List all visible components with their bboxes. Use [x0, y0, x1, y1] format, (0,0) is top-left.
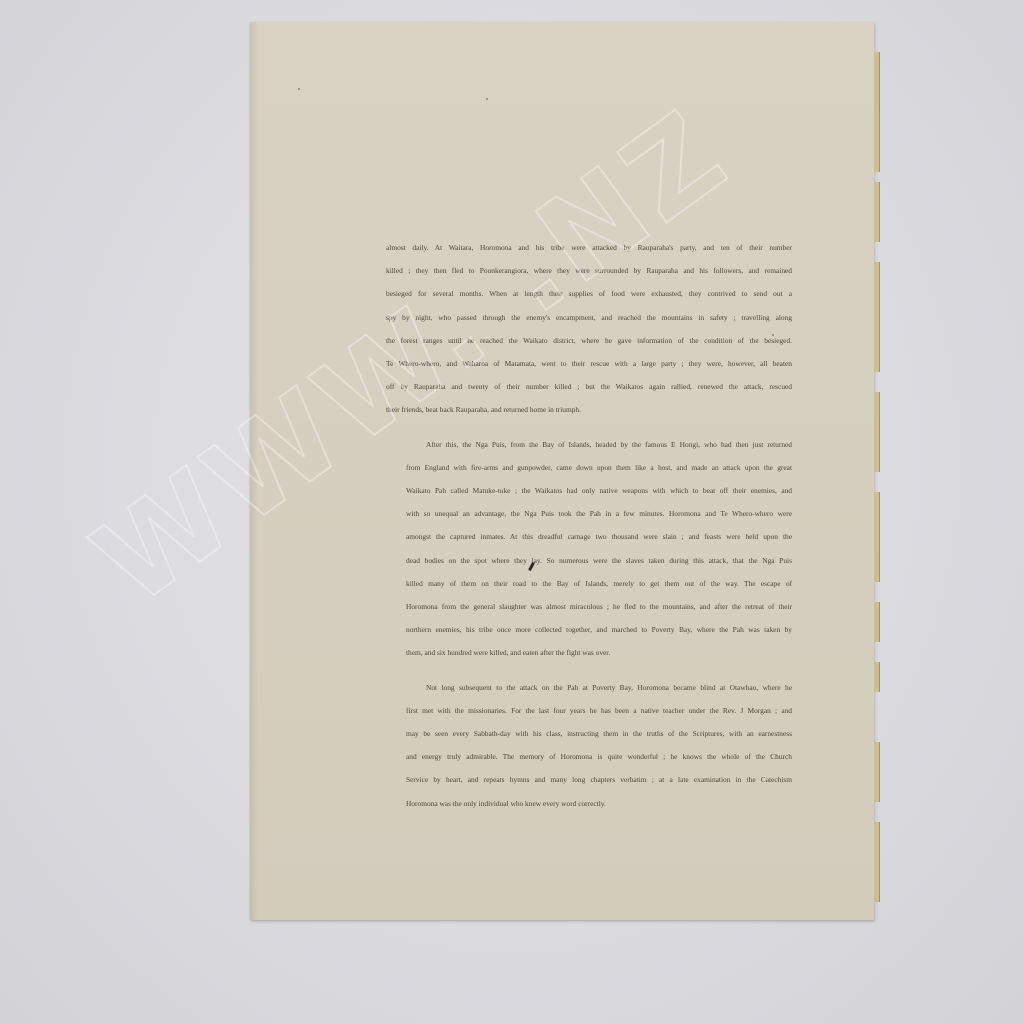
paper-speck — [298, 88, 300, 90]
text-line: Not long subsequent to the attack on the… — [386, 676, 792, 699]
torn-edge-segment — [874, 52, 880, 172]
torn-edge-segment — [874, 262, 880, 372]
text-line: killed many of them on their road to the… — [386, 572, 792, 595]
text-line: Horomona from the general slaughter was … — [386, 595, 792, 618]
text-line: the forest ranges until he reached the W… — [386, 329, 792, 352]
torn-edge-segment — [874, 602, 880, 642]
torn-edge-segment — [874, 742, 880, 802]
text-line: dead bodies on the spot where they lay. … — [386, 549, 792, 572]
text-line: with so unequal an advantage, the Nga Pu… — [386, 502, 792, 525]
text-line: first met with the missionaries. For the… — [386, 699, 792, 722]
text-line: After this, the Nga Puis, from the Bay o… — [386, 433, 792, 456]
torn-edge-segment — [874, 392, 880, 472]
text-line: almost daily. At Waitara, Horomona and h… — [386, 236, 792, 259]
torn-edge-segment — [874, 182, 880, 242]
torn-edge-segment — [874, 822, 880, 902]
book-page: almost daily. At Waitara, Horomona and h… — [250, 22, 874, 920]
text-line: and energy truly admirable. The memory o… — [386, 745, 792, 768]
text-line: killed ; they then fled to Pounkerangior… — [386, 259, 792, 282]
paper-speck — [486, 98, 488, 100]
paragraph: almost daily. At Waitara, Horomona and h… — [386, 236, 792, 422]
paragraph: Not long subsequent to the attack on the… — [386, 676, 792, 815]
text-line: besieged for several months. When at len… — [386, 282, 792, 305]
text-line: amongst the captured inmates. At this dr… — [386, 525, 792, 548]
text-line: off by Rauparaha and twenty of their num… — [386, 375, 792, 398]
body-text: almost daily. At Waitara, Horomona and h… — [386, 236, 792, 826]
ragged-page-edge — [872, 22, 880, 920]
text-line: their friends, beat back Rauparaha, and … — [386, 398, 792, 421]
text-line: them, and six hundred were killed, and e… — [386, 641, 792, 664]
text-line: spy by night, who passed through the ene… — [386, 306, 792, 329]
text-line: Te Whero-whero, and Waharoa of Matamata,… — [386, 352, 792, 375]
text-line: Waikato Pah called Matuke-tuke ; the Wai… — [386, 479, 792, 502]
text-line: Horomona was the only individual who kne… — [386, 792, 792, 815]
text-line: Service by heart, and repeats hymns and … — [386, 768, 792, 791]
text-line: may be seen every Sabbath-day with his c… — [386, 722, 792, 745]
torn-edge-segment — [874, 492, 880, 582]
torn-edge-segment — [874, 662, 880, 692]
text-line: from England with fire-arms and gunpowde… — [386, 456, 792, 479]
text-line: northern enemies, his tribe once more co… — [386, 618, 792, 641]
paragraph: After this, the Nga Puis, from the Bay o… — [386, 433, 792, 665]
